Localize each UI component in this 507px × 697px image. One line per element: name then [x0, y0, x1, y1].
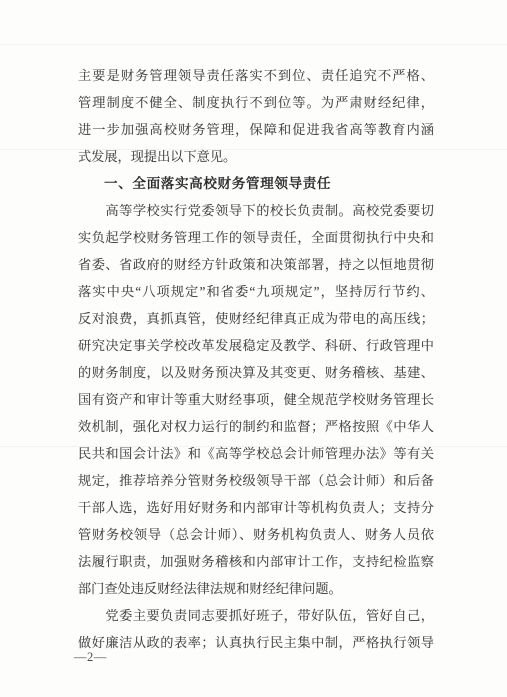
text-line: 管理制度不健全、制度执行不到位等。为严肃财经纪律，	[78, 89, 434, 116]
text-line: 省委、省政府的财经方针政策和决策部署，持之以恒地贯彻	[78, 251, 434, 278]
section-heading: 一、全面落实高校财务管理领导责任	[78, 170, 434, 197]
text-line: 式发展，现提出以下意见。	[78, 143, 434, 170]
page-number: —2—	[74, 650, 107, 664]
scanned-document-page: 主要是财务管理领导责任落实不到位、责任追究不严格、管理制度不健全、制度执行不到位…	[0, 0, 507, 697]
text-line: 党委主要负责同志要抓好班子，带好队伍，管好自己，	[78, 602, 434, 629]
text-line: 做好廉洁从政的表率；认真执行民主集中制，严格执行领导	[78, 629, 434, 656]
text-line: 效机制，强化对权力运行的制约和监督；严格按照《中华人	[78, 413, 434, 440]
text-line: 的财务制度，以及财务预决算及其变更、财务稽核、基建、	[78, 359, 434, 386]
paragraph-party-secretary-duties: 党委主要负责同志要抓好班子，带好队伍，管好自己，做好廉洁从政的表率；认真执行民主…	[78, 602, 434, 656]
text-line: 主要是财务管理领导责任落实不到位、责任追究不严格、	[78, 62, 434, 89]
text-line: 管财务校领导（总会计师）、财务机构负责人、财务人员依	[78, 521, 434, 548]
document-body: 主要是财务管理领导责任落实不到位、责任追究不严格、管理制度不健全、制度执行不到位…	[78, 62, 434, 656]
text-line: 国有资产和审计等重大财经事项，健全规范学校财务管理长	[78, 386, 434, 413]
text-line: 高等学校实行党委领导下的校长负责制。高校党委要切	[78, 197, 434, 224]
intro-paragraph: 主要是财务管理领导责任落实不到位、责任追究不严格、管理制度不健全、制度执行不到位…	[78, 62, 434, 170]
paragraph-leadership-responsibility: 高等学校实行党委领导下的校长负责制。高校党委要切实负起学校财务管理工作的领导责任…	[78, 197, 434, 602]
text-line: 民共和国会计法》和《高等学校总会计师管理办法》等有关	[78, 440, 434, 467]
text-line: 反对浪费，真抓真管，使财经纪律真正成为带电的高压线；	[78, 305, 434, 332]
text-line: 进一步加强高校财务管理，保障和促进我省高等教育内涵	[78, 116, 434, 143]
scan-artifact-line	[0, 44, 507, 45]
text-line: 法履行职责，加强财务稽核和内部审计工作，支持纪检监察	[78, 548, 434, 575]
text-line: 落实中央“八项规定”和省委“九项规定”，坚持厉行节约、	[78, 278, 434, 305]
text-line: 实负起学校财务管理工作的领导责任，全面贯彻执行中央和	[78, 224, 434, 251]
text-line: 干部人选，选好用好财务和内部审计等机构负责人；支持分	[78, 494, 434, 521]
text-line: 规定，推荐培养分管财务校级领导干部（总会计师）和后备	[78, 467, 434, 494]
text-line: 部门查处违反财经法律法规和财经纪律问题。	[78, 575, 434, 602]
text-line: 研究决定事关学校改革发展稳定及教学、科研、行政管理中	[78, 332, 434, 359]
